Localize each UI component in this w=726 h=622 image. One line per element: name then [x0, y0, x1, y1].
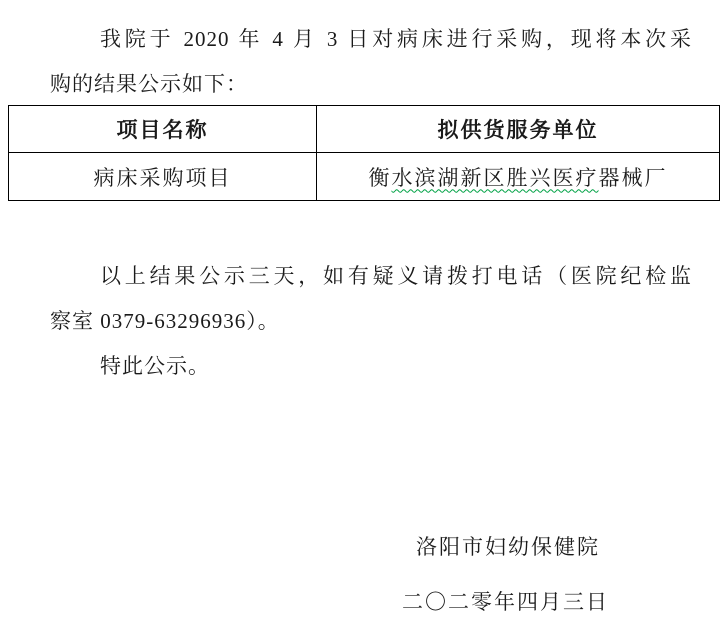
table-cell-project-name: 病床采购项目 [9, 153, 317, 201]
signature-hospital-name: 洛阳市妇幼保健院 [416, 533, 600, 561]
procurement-result-table: 项目名称 拟供货服务单位 病床采购项目 衡水滨湖新区胜兴医疗器械厂 [8, 105, 720, 201]
supplier-name-prefix: 衡 [369, 166, 392, 190]
supplier-name-suffix: 器械厂 [599, 166, 668, 190]
table-header-supplier: 拟供货服务单位 [317, 106, 720, 153]
paragraph-2-line-2: 察室 0379-63296936）。 [50, 307, 280, 335]
signature-date: 二〇二零年四月三日 [402, 588, 609, 616]
supplier-name-spellcheck-underlined: 水滨湖新区胜兴医疗 [392, 166, 599, 190]
document-page: 我院于 2020 年 4 月 3 日对病床进行采购，现将本次采 购的结果公示如下… [0, 0, 726, 622]
table-header-project-name: 项目名称 [9, 106, 317, 153]
paragraph-2-line-1: 以上结果公示三天，如有疑义请拨打电话（医院纪检监 [100, 262, 692, 290]
table-cell-supplier: 衡水滨湖新区胜兴医疗器械厂 [317, 153, 720, 201]
table-header-row: 项目名称 拟供货服务单位 [9, 106, 720, 153]
paragraph-3-hereby-announced: 特此公示。 [100, 352, 210, 380]
paragraph-1-line-1: 我院于 2020 年 4 月 3 日对病床进行采购，现将本次采 [100, 25, 692, 53]
table-row: 病床采购项目 衡水滨湖新区胜兴医疗器械厂 [9, 153, 720, 201]
paragraph-1-line-2: 购的结果公示如下： [50, 70, 248, 98]
